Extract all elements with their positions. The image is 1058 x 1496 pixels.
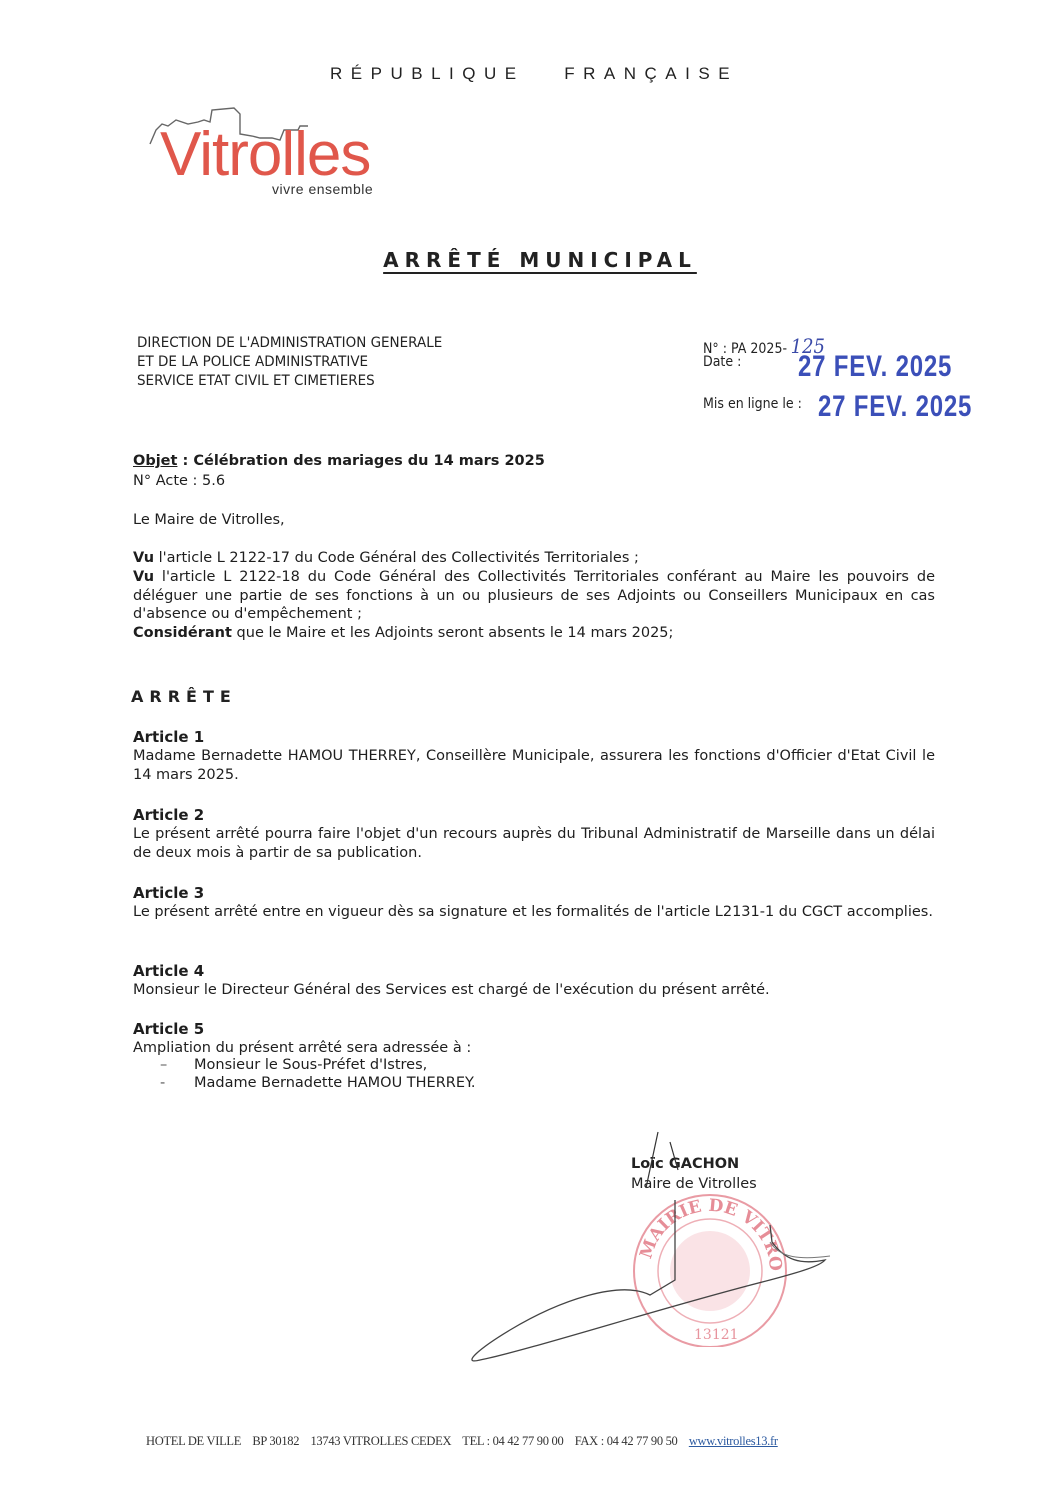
vu-keyword: Vu (133, 550, 154, 566)
article-3-heading: Article 3 (133, 884, 935, 903)
objet-separator: : (177, 453, 193, 469)
ampliation-recipient: –Monsieur le Sous-Préfet d'Istres, (160, 1057, 427, 1073)
considerant-keyword: Considérant (133, 625, 232, 641)
handwritten-signature-icon (470, 1130, 850, 1380)
considerant-text: que le Maire et les Adjoints seront abse… (232, 625, 673, 641)
objet-label: Objet (133, 453, 177, 469)
article-1-text: Madame Bernadette HAMOU THERREY, Conseil… (133, 747, 935, 784)
department-line: DIRECTION DE L'ADMINISTRATION GENERALE (137, 334, 442, 353)
article-2-heading: Article 2 (133, 806, 935, 825)
online-date-stamp: 27 FEV. 2025 (818, 390, 972, 424)
department-line: ET DE LA POLICE ADMINISTRATIVE (137, 353, 442, 372)
vu-clause-2: Vu l'article L 2122-18 du Code Général d… (133, 568, 935, 624)
website-link[interactable]: www.vitrolles13.fr (689, 1434, 778, 1448)
department-line: SERVICE ETAT CIVIL ET CIMETIERES (137, 372, 442, 391)
date-stamp: 27 FEV. 2025 (798, 350, 952, 384)
objet-line: Objet : Célébration des mariages du 14 m… (133, 452, 935, 471)
article-2-text: Le présent arrêté pourra faire l'objet d… (133, 825, 935, 862)
recipient-name: Monsieur le Sous-Préfet d'Istres, (194, 1057, 427, 1073)
article-5-heading: Article 5 (133, 1020, 935, 1039)
vu-clause-text: l'article L 2122-18 du Code Général des … (133, 569, 935, 622)
republique-francaise-header: RÉPUBLIQUE FRANÇAISE (330, 64, 738, 84)
objet-text: Célébration des mariages du 14 mars 2025 (193, 453, 544, 469)
document-footer: HOTEL DE VILLE BP 30182 13743 VITROLLES … (146, 1434, 778, 1449)
preamble-intro: Le Maire de Vitrolles, (133, 511, 935, 530)
logo-tagline: vivre ensemble (272, 181, 373, 197)
vitrolles-logo-wordmark: Vitrolles (160, 124, 370, 186)
list-bullet: - (160, 1075, 194, 1091)
online-date-label: Mis en ligne le : (703, 396, 802, 412)
vu-clause-1: Vu l'article L 2122-17 du Code Général d… (133, 549, 935, 568)
acte-number: N° Acte : 5.6 (133, 472, 935, 491)
footer-contact: HOTEL DE VILLE BP 30182 13743 VITROLLES … (146, 1434, 689, 1448)
date-label: Date : (703, 354, 741, 370)
article-3-text: Le présent arrêté entre en vigueur dès s… (133, 903, 935, 922)
vu-clause-text: l'article L 2122-17 du Code Général des … (154, 550, 639, 566)
arrete-heading: ARRÊTE (131, 687, 237, 706)
vu-keyword: Vu (133, 569, 154, 585)
article-4-heading: Article 4 (133, 962, 935, 981)
article-4-text: Monsieur le Directeur Général des Servic… (133, 981, 935, 1000)
article-1-heading: Article 1 (133, 728, 935, 747)
list-bullet: – (160, 1057, 194, 1073)
document-title: ARRÊTÉ MUNICIPAL (0, 248, 1058, 272)
article-5-text: Ampliation du présent arrêté sera adress… (133, 1039, 935, 1058)
considerant-clause: Considérant que le Maire et les Adjoints… (133, 624, 935, 643)
ampliation-recipient: -Madame Bernadette HAMOU THERREY. (160, 1075, 476, 1091)
issuing-department: DIRECTION DE L'ADMINISTRATION GENERALE E… (137, 334, 442, 391)
recipient-name: Madame Bernadette HAMOU THERREY. (194, 1075, 476, 1091)
